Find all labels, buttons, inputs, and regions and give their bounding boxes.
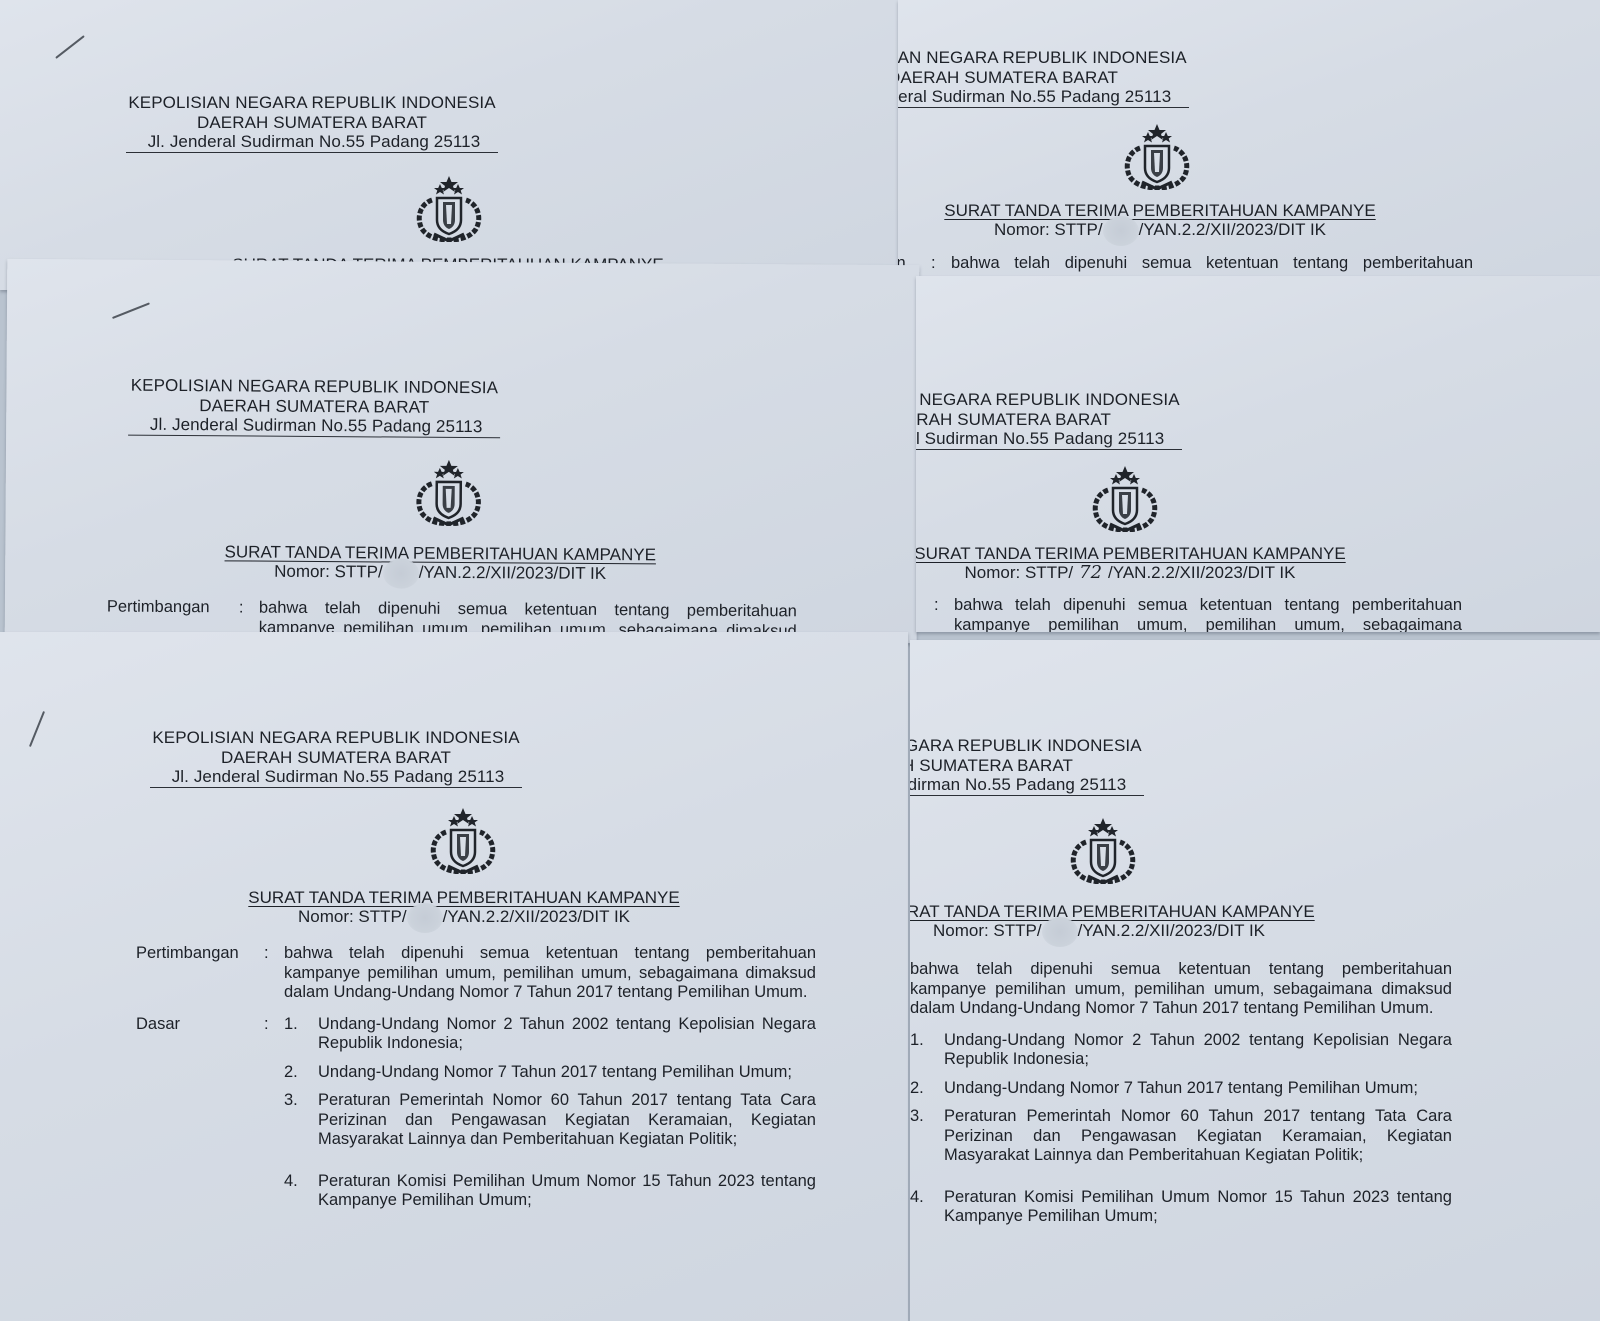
letterhead: KEPOLISIAN NEGARA REPUBLIK INDONESIA DAE… xyxy=(114,376,514,438)
dasar-item: 4.Peraturan Komisi Pemilihan Umum Nomor … xyxy=(284,1172,816,1211)
letterhead-region: DAERAH SUMATERA BARAT xyxy=(112,113,512,133)
document-body: Pertimbangan : bahwa telah dipenuhi semu… xyxy=(136,944,816,1220)
redacted-number xyxy=(1103,216,1139,246)
police-emblem-icon xyxy=(424,806,502,874)
document-title: SURAT TANDA TERIMA PEMBERITAHUAN KAMPANY… xyxy=(226,888,702,926)
redacted-number xyxy=(407,903,443,933)
letterhead-address: Jl. Jenderal Sudirman No.55 Padang 25113 xyxy=(898,87,1189,108)
letterhead-region: DAERAH SUMATERA BARAT xyxy=(910,756,1158,776)
letterhead-address: Jl. Jenderal Sudirman No.55 Padang 25113 xyxy=(126,132,499,153)
dasar-item: 1.Undang-Undang Nomor 2 Tahun 2002 tenta… xyxy=(910,1031,1452,1070)
dasar-item: 3.Peraturan Pemerintah Nomor 60 Tahun 20… xyxy=(910,1107,1452,1166)
document-sheet-top-left: KEPOLISIAN NEGARA REPUBLIK INDONESIA DAE… xyxy=(0,0,900,290)
document-sheet-top-right: KEPOLISIAN NEGARA REPUBLIK INDONESIA DAE… xyxy=(898,0,1600,300)
pen-mark xyxy=(112,302,150,319)
letterhead: KEPOLISIAN NEGARA REPUBLIK INDONESIA DAE… xyxy=(910,736,1158,796)
pertimbangan-text: bahwa telah dipenuhi semua ketentuan ten… xyxy=(954,596,1462,632)
pertimbangan-text: bahwa telah dipenuhi semua ketentuan ten… xyxy=(284,944,816,1003)
document-number: Nomor: STTP//YAN.2.2/XII/2023/DIT IK xyxy=(910,921,1334,940)
pen-mark xyxy=(29,711,45,747)
dasar-item: 1.Undang-Undang Nomor 2 Tahun 2002 tenta… xyxy=(284,1015,816,1054)
document-number: Nomor: STTP//YAN.2.2/XII/2023/DIT IK xyxy=(944,220,1376,239)
document-title: SURAT TANDA TERIMA PEMBERITAHUAN KAMPANY… xyxy=(944,201,1376,239)
letterhead-institution: KEPOLISIAN NEGARA REPUBLIK INDONESIA xyxy=(898,48,1208,68)
pertimbangan-text: bahwa telah dipenuhi semua ketentuan ten… xyxy=(910,960,1452,1019)
letterhead: KEPOLISIAN NEGARA REPUBLIK INDONESIA DAE… xyxy=(136,728,536,788)
document-number: Nomor: STTP//YAN.2.2/XII/2023/DIT IK xyxy=(205,561,675,583)
redacted-number xyxy=(1042,917,1078,947)
document-body: Pertimbangan : bahwa telah dipenuhi semu… xyxy=(910,960,1452,1236)
dasar-item: 4.Peraturan Komisi Pemilihan Umum Nomor … xyxy=(910,1188,1452,1227)
police-emblem-icon xyxy=(410,174,488,242)
letterhead-address: Jl. Jenderal Sudirman No.55 Padang 25113 xyxy=(916,429,1182,450)
letterhead-institution: KEPOLISIAN NEGARA REPUBLIK INDONESIA xyxy=(916,390,1196,410)
document-title: SURAT TANDA TERIMA PEMBERITAHUAN KAMPANY… xyxy=(205,542,675,583)
letterhead-region: DAERAH SUMATERA BARAT xyxy=(916,410,1196,430)
letterhead-address: Jl. Jenderal Sudirman No.55 Padang 25113 xyxy=(128,415,501,438)
letterhead: KEPOLISIAN NEGARA REPUBLIK INDONESIA DAE… xyxy=(112,93,512,153)
document-body: Pertimbangan : bahwa telah dipenuhi semu… xyxy=(916,596,1462,632)
letterhead-region: DAERAH SUMATERA BARAT xyxy=(898,68,1208,88)
document-number: Nomor: STTP/72/YAN.2.2/XII/2023/DIT IK xyxy=(916,563,1348,582)
document-sheet-middle-left: KEPOLISIAN NEGARA REPUBLIK INDONESIA DAE… xyxy=(5,259,920,643)
document-sheet-bottom-left: KEPOLISIAN NEGARA REPUBLIK INDONESIA DAE… xyxy=(0,632,908,1321)
police-emblem-icon xyxy=(1064,816,1142,884)
police-emblem-icon xyxy=(409,458,487,527)
letterhead: KEPOLISIAN NEGARA REPUBLIK INDONESIA DAE… xyxy=(916,390,1196,450)
document-title: SURAT TANDA TERIMA PEMBERITAHUAN KAMPANY… xyxy=(910,902,1334,940)
letterhead-institution: KEPOLISIAN NEGARA REPUBLIK INDONESIA xyxy=(910,736,1158,756)
dasar-list: 1.Undang-Undang Nomor 2 Tahun 2002 tenta… xyxy=(910,1031,1452,1236)
pertimbangan-label: Pertimbangan xyxy=(136,944,264,1003)
police-emblem-icon xyxy=(1118,122,1196,190)
dasar-item: 2.Undang-Undang Nomor 7 Tahun 2017 tenta… xyxy=(910,1079,1452,1099)
letterhead-region: DAERAH SUMATERA BARAT xyxy=(136,748,536,768)
handwritten-number: 72 xyxy=(1079,562,1102,583)
pen-mark xyxy=(55,35,85,59)
dasar-item: 3.Peraturan Pemerintah Nomor 60 Tahun 20… xyxy=(284,1091,816,1150)
letterhead-institution: KEPOLISIAN NEGARA REPUBLIK INDONESIA xyxy=(114,376,514,398)
letterhead-address: Jl. Jenderal Sudirman No.55 Padang 25113 xyxy=(910,775,1144,796)
dasar-item: 2.Undang-Undang Nomor 7 Tahun 2017 tenta… xyxy=(284,1063,816,1083)
document-sheet-middle-right: KEPOLISIAN NEGARA REPUBLIK INDONESIA DAE… xyxy=(916,276,1600,632)
document-title: SURAT TANDA TERIMA PEMBERITAHUAN KAMPANY… xyxy=(916,544,1348,582)
letterhead-address: Jl. Jenderal Sudirman No.55 Padang 25113 xyxy=(150,767,523,788)
letterhead-institution: KEPOLISIAN NEGARA REPUBLIK INDONESIA xyxy=(112,93,512,113)
document-number: Nomor: STTP//YAN.2.2/XII/2023/DIT IK xyxy=(226,907,702,926)
letterhead-institution: KEPOLISIAN NEGARA REPUBLIK INDONESIA xyxy=(136,728,536,748)
document-sheet-bottom-right: KEPOLISIAN NEGARA REPUBLIK INDONESIA DAE… xyxy=(910,640,1600,1321)
letterhead: KEPOLISIAN NEGARA REPUBLIK INDONESIA DAE… xyxy=(898,48,1208,108)
dasar-list: 1.Undang-Undang Nomor 2 Tahun 2002 tenta… xyxy=(284,1015,816,1220)
dasar-label: Dasar xyxy=(136,1015,264,1220)
police-emblem-icon xyxy=(1086,464,1164,532)
redacted-number xyxy=(383,558,419,588)
